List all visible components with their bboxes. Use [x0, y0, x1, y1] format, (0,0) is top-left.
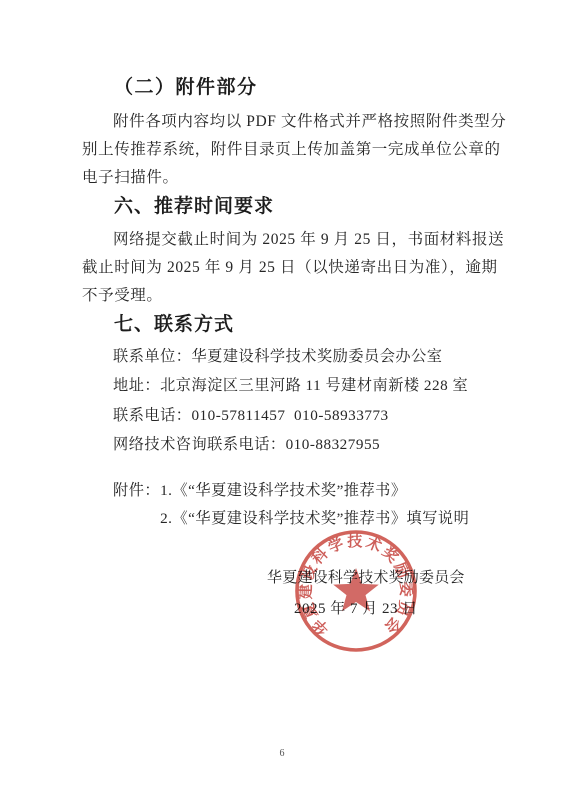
- contact-tech-support-phone: 网络技术咨询联系电话：010-88327955: [113, 430, 513, 459]
- text-line: 别上传推荐系统，附件目录页上传加盖第一完成单位公章的: [82, 136, 491, 164]
- attachments-list: 附件： 1.《“华夏建设科学技术奖”推荐书》 2.《“华夏建设科学技术奖”推荐书…: [113, 477, 469, 533]
- text-line: 网络提交截止时间为 2025 年 9 月 25 日，书面材料报送: [82, 226, 491, 254]
- page-number: 6: [272, 748, 292, 759]
- document-page: （二）附件部分 附件各项内容均以 PDF 文件格式并严格按照附件类型分 别上传推…: [0, 0, 565, 800]
- heading-contact-info: 七、联系方式: [114, 314, 234, 336]
- signature-date: 2025 年 7 月 23 日: [294, 599, 418, 619]
- contact-list: 联系单位：华夏建设科学技术奖励委员会办公室 地址：北京海淀区三里河路 11 号建…: [113, 342, 513, 459]
- paragraph-time: 网络提交截止时间为 2025 年 9 月 25 日，书面材料报送 截止时间为 2…: [82, 226, 491, 310]
- signature-organization: 华夏建设科学技术奖励委员会: [267, 568, 465, 588]
- text-line: 电子扫描件。: [82, 164, 491, 192]
- text-line: 截止时间为 2025 年 9 月 25 日（以快递寄出日为准），逾期: [82, 254, 491, 282]
- paragraph-attachment: 附件各项内容均以 PDF 文件格式并严格按照附件类型分 别上传推荐系统，附件目录…: [82, 108, 491, 192]
- contact-phone: 联系电话：010-57811457 010-58933773: [113, 401, 513, 430]
- text-line: 不予受理。: [82, 282, 491, 310]
- attachments-label: 附件：: [113, 477, 160, 533]
- attachment-item: 1.《“华夏建设科学技术奖”推荐书》: [160, 477, 469, 505]
- contact-organization: 联系单位：华夏建设科学技术奖励委员会办公室: [113, 342, 513, 371]
- text-line: 附件各项内容均以 PDF 文件格式并严格按照附件类型分: [82, 108, 491, 136]
- official-seal: 华夏建设科学技术奖励委员会: [292, 527, 420, 655]
- heading-time-requirements: 六、推荐时间要求: [114, 196, 274, 218]
- seal-ring: [297, 532, 415, 650]
- heading-attachment-section: （二）附件部分: [114, 77, 258, 99]
- attachment-item: 2.《“华夏建设科学技术奖”推荐书》填写说明: [160, 505, 469, 533]
- contact-address: 地址：北京海淀区三里河路 11 号建材南新楼 228 室: [113, 371, 513, 400]
